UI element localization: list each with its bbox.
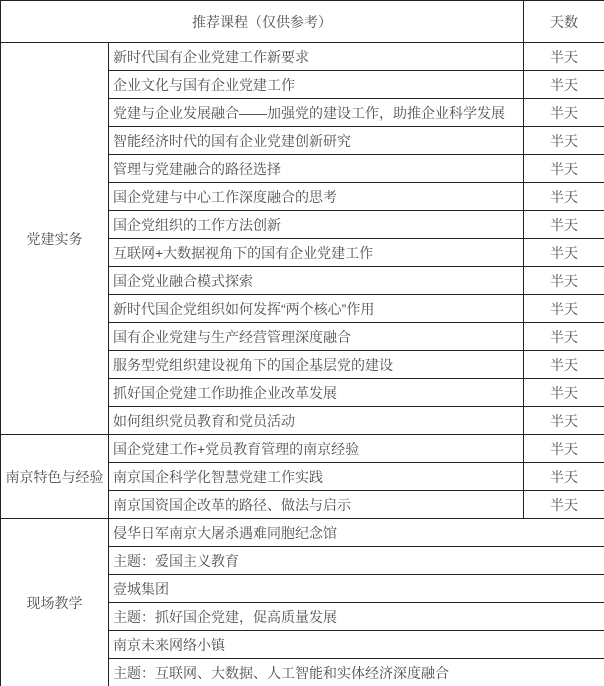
course-cell: 国企党建与中心工作深度融合的思考: [109, 183, 524, 211]
table-body: 党建实务新时代国有企业党建工作新要求半天企业文化与国有企业党建工作半天党建与企业…: [1, 43, 604, 686]
days-cell: 半天: [524, 71, 604, 99]
course-cell: 主题：互联网、大数据、人工智能和实体经济深度融合: [109, 659, 604, 686]
course-cell: 如何组织党员教育和党员活动: [109, 407, 524, 435]
table-row: 南京特色与经验国企党建工作+党员教育管理的南京经验半天: [1, 435, 604, 463]
course-cell: 企业文化与国有企业党建工作: [109, 71, 524, 99]
category-cell: 南京特色与经验: [1, 435, 109, 519]
category-cell: 现场教学: [1, 519, 109, 686]
category-cell: 党建实务: [1, 43, 109, 435]
course-cell: 互联网+大数据视角下的国有企业党建工作: [109, 239, 524, 267]
days-cell: 半天: [524, 267, 604, 295]
course-cell: 壹城集团: [109, 575, 604, 603]
course-cell: 国企党业融合模式探索: [109, 267, 524, 295]
days-cell: 半天: [524, 211, 604, 239]
table-header-title: 推荐课程（仅供参考）: [1, 1, 524, 43]
course-cell: 国有企业党建与生产经营管理深度融合: [109, 323, 524, 351]
course-cell: 新时代国有企业党建工作新要求: [109, 43, 524, 71]
course-cell: 侵华日军南京大屠杀遇难同胞纪念馆: [109, 519, 604, 547]
course-cell: 管理与党建融合的路径选择: [109, 155, 524, 183]
days-cell: 半天: [524, 407, 604, 435]
course-cell: 主题：抓好国企党建，促高质量发展: [109, 603, 604, 631]
days-cell: 半天: [524, 379, 604, 407]
course-cell: 智能经济时代的国有企业党建创新研究: [109, 127, 524, 155]
page: 推荐课程（仅供参考） 天数 党建实务新时代国有企业党建工作新要求半天企业文化与国…: [0, 0, 604, 686]
table-header: 推荐课程（仅供参考） 天数: [1, 1, 604, 43]
days-cell: 半天: [524, 491, 604, 519]
course-cell: 新时代国企党组织如何发挥“两个核心”作用: [109, 295, 524, 323]
days-cell: 半天: [524, 43, 604, 71]
days-cell: 半天: [524, 295, 604, 323]
table-row: 党建实务新时代国有企业党建工作新要求半天: [1, 43, 604, 71]
course-cell: 南京国企科学化智慧党建工作实践: [109, 463, 524, 491]
days-cell: 半天: [524, 435, 604, 463]
days-cell: 半天: [524, 463, 604, 491]
table-row: 现场教学侵华日军南京大屠杀遇难同胞纪念馆: [1, 519, 604, 547]
table-header-row: 推荐课程（仅供参考） 天数: [1, 1, 604, 43]
course-cell: 主题：爱国主义教育: [109, 547, 604, 575]
days-cell: 半天: [524, 127, 604, 155]
course-cell: 服务型党组织建设视角下的国企基层党的建设: [109, 351, 524, 379]
days-cell: 半天: [524, 239, 604, 267]
course-cell: 抓好国企党建工作助推企业改革发展: [109, 379, 524, 407]
course-cell: 国企党组织的工作方法创新: [109, 211, 524, 239]
table-header-days: 天数: [524, 1, 604, 43]
days-cell: 半天: [524, 323, 604, 351]
course-cell: 南京未来网络小镇: [109, 631, 604, 659]
course-cell: 南京国资国企改革的路径、做法与启示: [109, 491, 524, 519]
days-cell: 半天: [524, 183, 604, 211]
course-table: 推荐课程（仅供参考） 天数 党建实务新时代国有企业党建工作新要求半天企业文化与国…: [0, 0, 604, 686]
course-cell: 国企党建工作+党员教育管理的南京经验: [109, 435, 524, 463]
days-cell: 半天: [524, 155, 604, 183]
course-cell: 党建与企业发展融合——加强党的建设工作，助推企业科学发展: [109, 99, 524, 127]
days-cell: 半天: [524, 351, 604, 379]
days-cell: 半天: [524, 99, 604, 127]
